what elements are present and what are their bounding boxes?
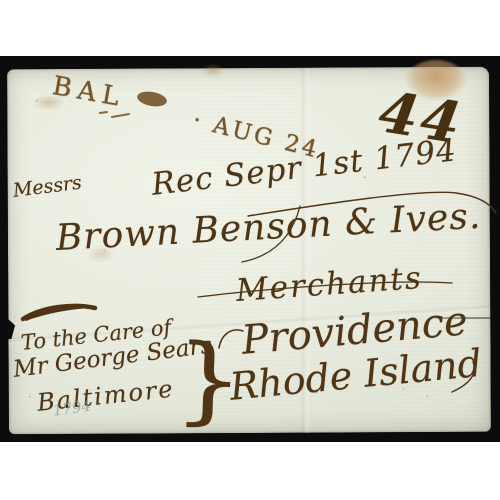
auction-photo: BAL · AUG 24 44 Messrs Rec Sepr 1st 1794… [0,0,500,500]
manuscript-brace: } [173,332,246,429]
stain-top-middle [202,64,224,77]
